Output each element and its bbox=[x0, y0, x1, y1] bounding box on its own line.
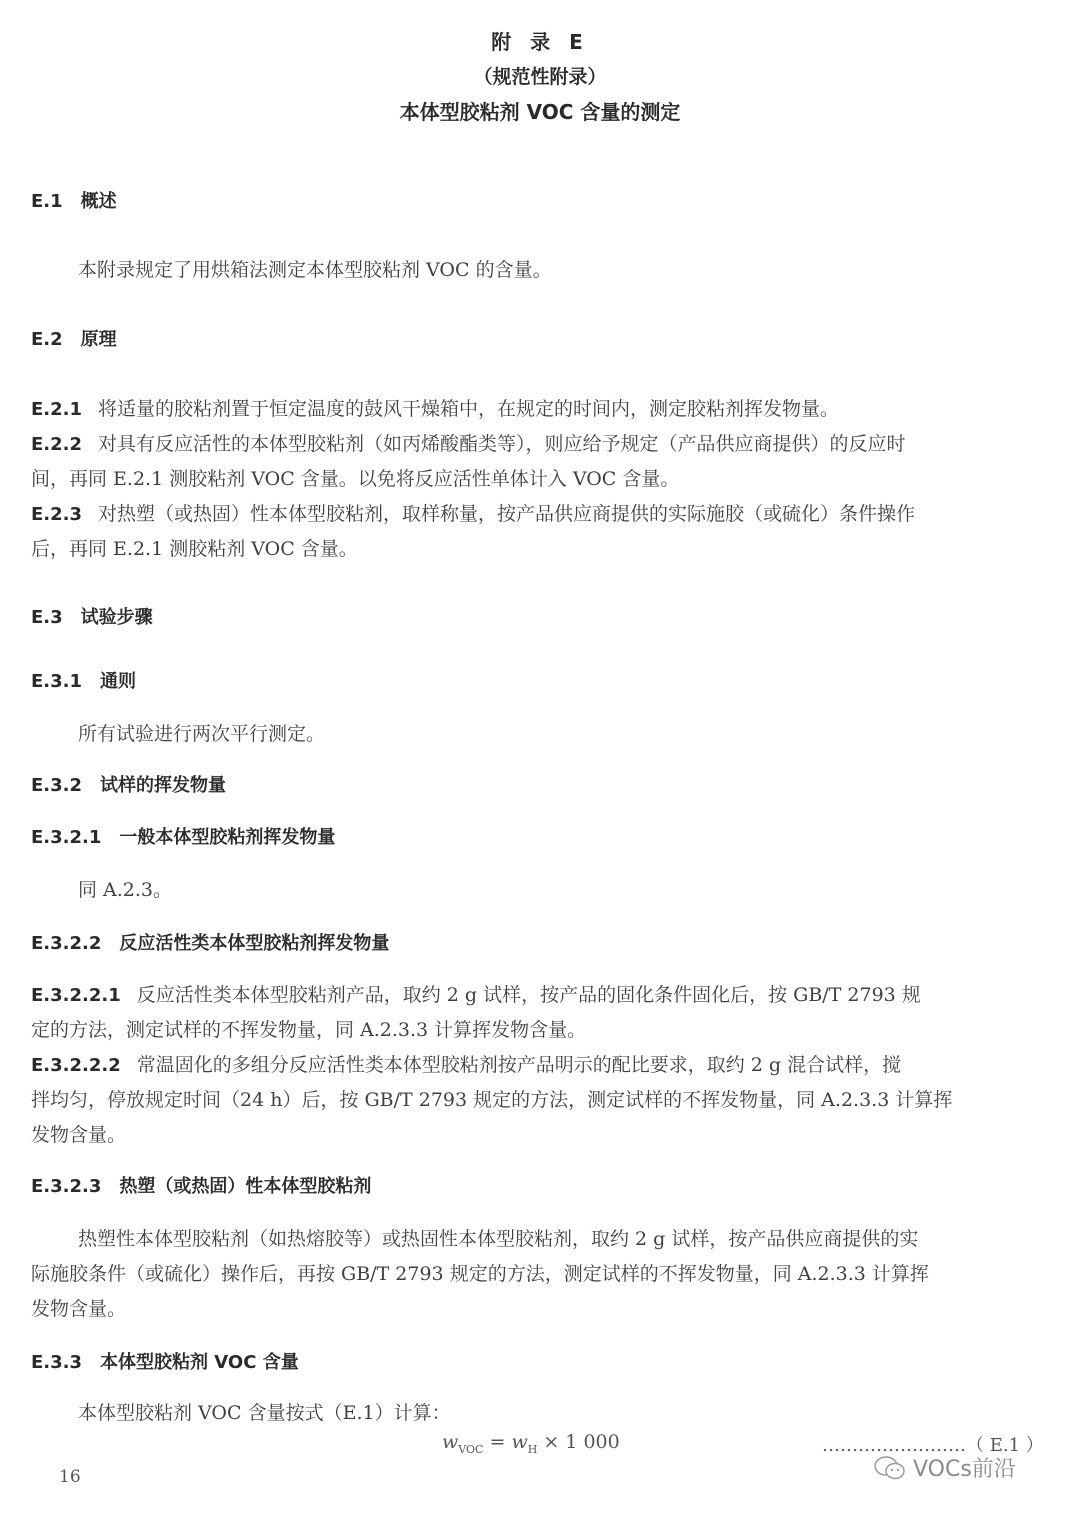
appendix-type: （规范性附录） bbox=[0, 62, 1080, 89]
section-e33-heading: E.3.3本体型胶粘剂 VOC 含量 bbox=[31, 1348, 299, 1374]
formula-e1: wVOC = wH × 1 000 bbox=[442, 1431, 620, 1456]
section-e33-text: 本体型胶粘剂 VOC 含量按式（E.1）计算： bbox=[78, 1398, 451, 1425]
page-number: 16 bbox=[59, 1467, 81, 1487]
section-e321-text: 同 A.2.3。 bbox=[78, 875, 172, 902]
section-e323-text-line3: 发物含量。 bbox=[31, 1294, 126, 1321]
wechat-icon bbox=[873, 1454, 907, 1482]
section-e31-text: 所有试验进行两次平行测定。 bbox=[78, 719, 325, 746]
section-e31-heading: E.3.1通则 bbox=[31, 667, 136, 693]
section-e323-text-line1: 热塑性本体型胶粘剂（如热熔胶等）或热固性本体型胶粘剂，取约 2 g 试样，按产品… bbox=[78, 1224, 918, 1251]
appendix-label: 附 录 E bbox=[0, 26, 1080, 55]
section-e1-text: 本附录规定了用烘箱法测定本体型胶粘剂 VOC 的含量。 bbox=[78, 255, 552, 282]
clause-e23-cont: 后，再同 E.2.1 测胶粘剂 VOC 含量。 bbox=[31, 534, 358, 561]
section-e3-heading: E.3试验步骤 bbox=[31, 603, 153, 629]
clause-e23: E.2.3对热塑（或热固）性本体型胶粘剂，取样称量，按产品供应商提供的实际施胶（… bbox=[31, 499, 915, 526]
clause-e22-cont: 间，再同 E.2.1 测胶粘剂 VOC 含量。以免将反应活性单体计入 VOC 含… bbox=[31, 464, 679, 491]
clause-e3222-cont1: 拌均匀，停放规定时间（24 h）后，按 GB/T 2793 规定的方法，测定试样… bbox=[31, 1085, 952, 1112]
document-title: 本体型胶粘剂 VOC 含量的测定 bbox=[0, 96, 1080, 125]
clause-e3222: E.3.2.2.2常温固化的多组分反应活性类本体型胶粘剂按产品明示的配比要求，取… bbox=[31, 1050, 901, 1077]
section-e32-heading: E.3.2试样的挥发物量 bbox=[31, 771, 226, 797]
section-e323-heading: E.3.2.3热塑（或热固）性本体型胶粘剂 bbox=[31, 1172, 371, 1198]
watermark: VOCs前沿 bbox=[873, 1452, 1016, 1483]
section-e1-heading: E.1概述 bbox=[31, 187, 117, 213]
section-e321-heading: E.3.2.1一般本体型胶粘剂挥发物量 bbox=[31, 823, 335, 849]
clause-e22: E.2.2对具有反应活性的本体型胶粘剂（如丙烯酸酯类等），则应给予规定（产品供应… bbox=[31, 429, 906, 456]
clause-e3221: E.3.2.2.1反应活性类本体型胶粘剂产品，取约 2 g 试样，按产品的固化条… bbox=[31, 980, 921, 1007]
clause-e3221-cont: 定的方法，测定试样的不挥发物量，同 A.2.3.3 计算挥发物含量。 bbox=[31, 1015, 586, 1042]
section-e323-text-line2: 际施胶条件（或硫化）操作后，再按 GB/T 2793 规定的方法，测定试样的不挥… bbox=[31, 1259, 929, 1286]
clause-e21: E.2.1将适量的胶粘剂置于恒定温度的鼓风干燥箱中，在规定的时间内，测定胶粘剂挥… bbox=[31, 394, 839, 421]
section-e322-heading: E.3.2.2反应活性类本体型胶粘剂挥发物量 bbox=[31, 929, 389, 955]
clause-e3222-cont2: 发物含量。 bbox=[31, 1120, 126, 1147]
section-e2-heading: E.2原理 bbox=[31, 325, 117, 351]
